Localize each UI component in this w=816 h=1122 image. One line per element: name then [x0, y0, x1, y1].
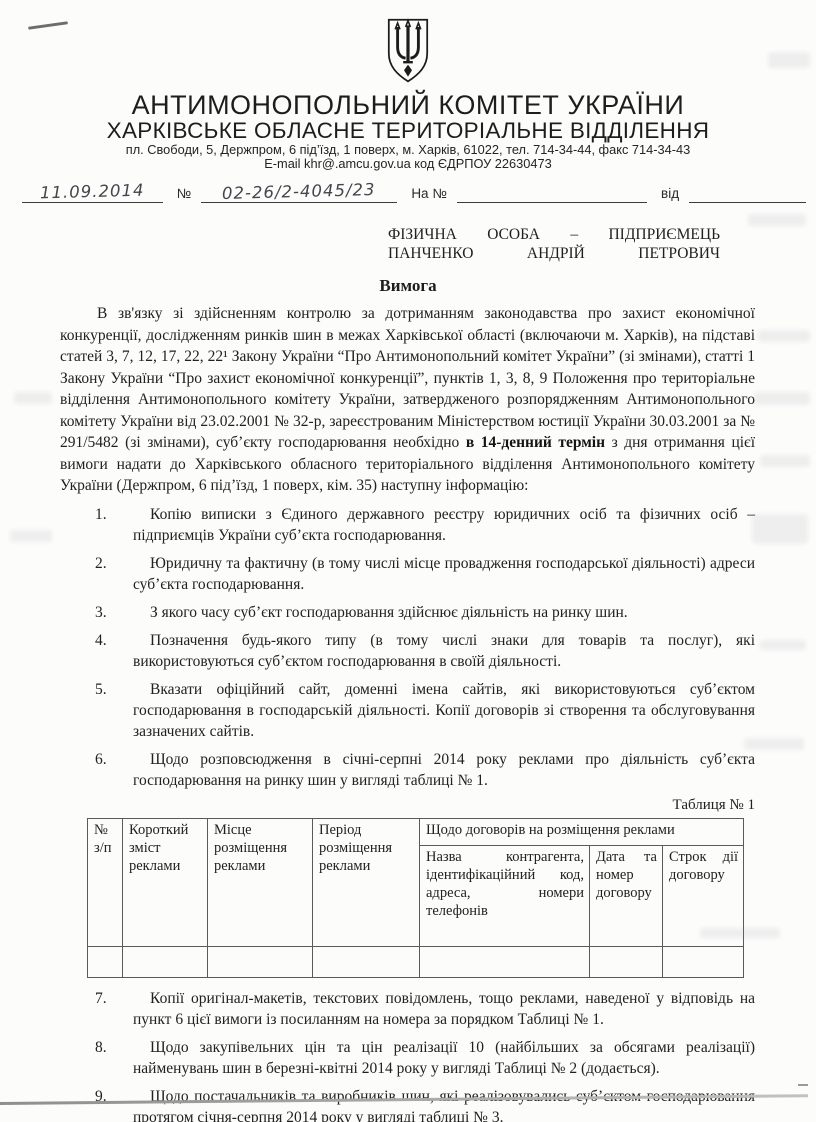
reference-line: 11.09.2014 № 02-26/2-4045/23 На № від: [22, 181, 806, 203]
item-number: 8.: [95, 1037, 107, 1058]
addressee-block: ФІЗИЧНА ОСОБА – ПІДПРИЄМЕЦЬ ПАНЧЕНКО АНД…: [388, 225, 720, 263]
table-empty-cell: [313, 946, 420, 977]
table-empty-cell: [420, 946, 590, 977]
scan-artifact: [798, 1084, 808, 1086]
list-item: 3.З якого часу суб’єкт господарювання зд…: [133, 602, 755, 623]
item-number: 4.: [95, 630, 107, 651]
from-date-blank: [689, 181, 806, 203]
organization-name: АНТИМОНОПОЛЬНИЙ КОМІТЕТ УКРАЇНИ: [0, 92, 816, 119]
scan-artifact: [768, 52, 810, 68]
from-date-label: від: [661, 186, 679, 203]
ukraine-trident-emblem-icon: [384, 12, 432, 90]
scan-artifact: [760, 455, 810, 467]
table-header-row: № з/п Короткий зміст реклами Місце розмі…: [88, 818, 744, 845]
advertising-contracts-table: № з/п Короткий зміст реклами Місце розмі…: [87, 818, 744, 978]
address-line: пл. Свободи, 5, Держпром, 6 під’їзд, 1 п…: [0, 143, 816, 157]
col-header-contract-date: Дата та номер договору: [590, 845, 663, 946]
table-empty-cell: [208, 946, 313, 977]
item-text: Копії оригінал-макетів, текстових повідо…: [133, 990, 755, 1028]
scan-artifact: [700, 928, 780, 938]
item-text: Позначення будь-якого типу (в тому числі…: [133, 632, 755, 670]
requirements-list-part1: 1.Копію виписки з Єдиного державного реє…: [0, 504, 816, 791]
reply-to-number-blank: [457, 181, 647, 203]
list-item: 4.Позначення будь-якого типу (в тому чис…: [133, 630, 755, 672]
table-empty-cell: [88, 946, 123, 977]
number-label: №: [177, 186, 191, 203]
document-title: Вимога: [0, 276, 816, 296]
list-item: 1.Копію виписки з Єдиного державного реє…: [133, 504, 755, 546]
col-header-place: Місце розміщення реклами: [208, 818, 313, 946]
col-header-short-content: Короткий зміст реклами: [123, 818, 208, 946]
office-name: ХАРКІВСЬКЕ ОБЛАСНЕ ТЕРИТОРІАЛЬНЕ ВІДДІЛЕ…: [0, 119, 816, 143]
item-number: 2.: [95, 553, 107, 574]
item-text: Вказати офіційний сайт, доменні імена са…: [133, 681, 755, 740]
scanned-document-page: АНТИМОНОПОЛЬНИЙ КОМІТЕТ УКРАЇНИ ХАРКІВСЬ…: [0, 0, 816, 1122]
reply-to-number-label: На №: [411, 186, 447, 203]
list-item: 5.Вказати офіційний сайт, доменні імена …: [133, 679, 755, 742]
item-text: Копію виписки з Єдиного державного реєст…: [133, 506, 755, 544]
deadline-emphasis: в 14-денний термін: [466, 434, 605, 451]
item-number: 3.: [95, 602, 107, 623]
email-line: E-mail khr@.amcu.gov.ua код ЄДРПОУ 22630…: [0, 157, 816, 171]
col-header-period: Період розміщення реклами: [313, 818, 420, 946]
table-empty-cell: [663, 946, 744, 977]
document-number-field: 02-26/2-4045/23: [201, 182, 397, 203]
item-text: Щодо постачальників та виробників шин, я…: [133, 1088, 755, 1122]
scan-artifact: [754, 392, 810, 405]
table-caption: Таблиця № 1: [87, 797, 755, 814]
item-number: 1.: [95, 504, 107, 525]
addressee-name: ПАНЧЕНКО АНДРІЙ ПЕТРОВИЧ: [388, 244, 720, 263]
item-text: Щодо закупівельних цін та цін реалізації…: [133, 1039, 755, 1077]
opening-paragraph: В зв'язку зі здійсненням контролю за дот…: [60, 303, 755, 497]
table-empty-cell: [590, 946, 663, 977]
scan-artifact: [758, 330, 810, 342]
col-header-contractor: Назва контрагента, ідентифікаційний код,…: [420, 845, 590, 946]
handwritten-date: 11.09.2014: [40, 181, 145, 203]
col-header-number: № з/п: [88, 818, 123, 946]
scan-artifact: [14, 392, 52, 404]
scan-artifact: [748, 214, 806, 226]
document-date-field: 11.09.2014: [22, 182, 163, 203]
list-item: 2.Юридичну та фактичну (в тому числі міс…: [133, 553, 755, 595]
letterhead: АНТИМОНОПОЛЬНИЙ КОМІТЕТ УКРАЇНИ ХАРКІВСЬ…: [0, 0, 816, 171]
item-text: З якого часу суб’єкт господарювання здій…: [150, 604, 628, 621]
list-item: 9.Щодо постачальників та виробників шин,…: [133, 1086, 755, 1122]
table-empty-row: [88, 946, 744, 977]
scan-artifact: [760, 640, 806, 650]
paragraph-text: В зв'язку зі здійсненням контролю за дот…: [60, 305, 755, 451]
item-number: 6.: [95, 749, 107, 770]
item-text: Щодо розповсюдження в січні-серпні 2014 …: [133, 751, 755, 789]
item-number: 5.: [95, 679, 107, 700]
item-number: 7.: [95, 988, 107, 1009]
list-item: 6.Щодо розповсюдження в січні-серпні 201…: [133, 749, 755, 791]
col-header-contracts-group: Щодо договорів на розміщення реклами: [420, 818, 744, 845]
scan-artifact: [752, 514, 808, 544]
addressee-type: ФІЗИЧНА ОСОБА – ПІДПРИЄМЕЦЬ: [388, 225, 720, 244]
scan-artifact: [10, 530, 52, 542]
list-item: 8.Щодо закупівельних цін та цін реалізац…: [133, 1037, 755, 1079]
item-text: Юридичну та фактичну (в тому числі місце…: [133, 555, 755, 593]
handwritten-number: 02-26/2-4045/23: [222, 180, 376, 203]
list-item: 7.Копії оригінал-макетів, текстових пові…: [133, 988, 755, 1030]
table-empty-cell: [123, 946, 208, 977]
